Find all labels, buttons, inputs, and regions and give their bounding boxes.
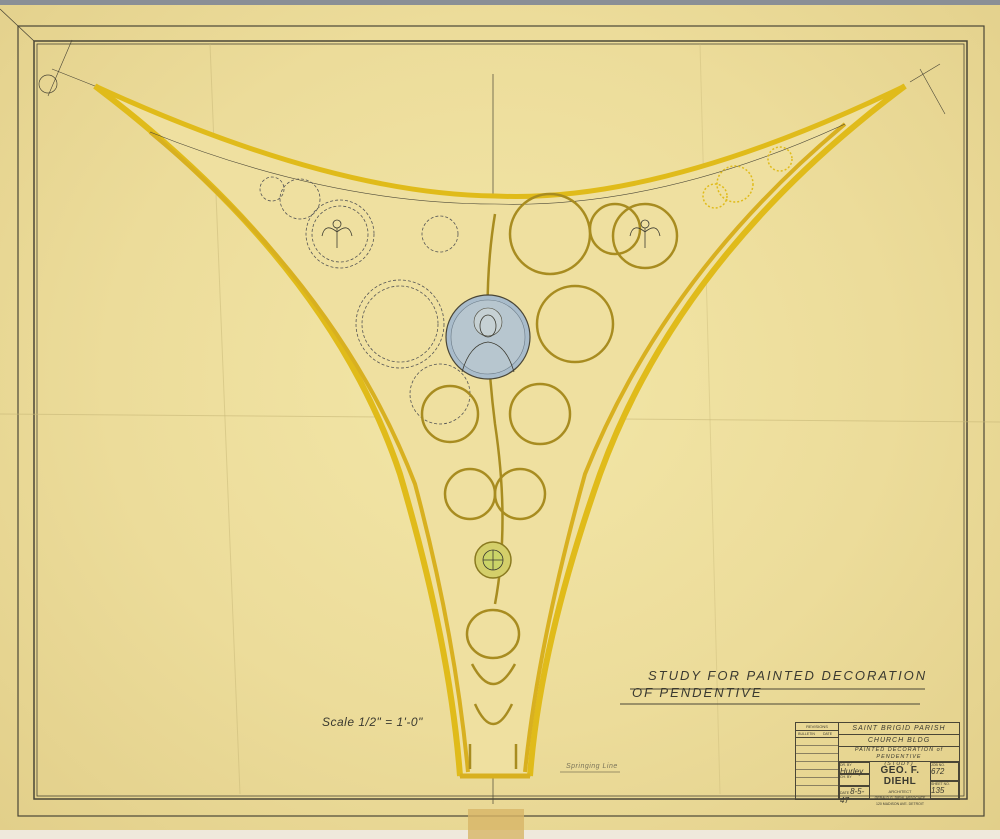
project-line3: PAINTED DECORATION of PENDENTIVE (STUDY) [839, 747, 959, 762]
project-line3-text: PAINTED DECORATION of PENDENTIVE [839, 747, 959, 761]
architect-associate: GERALD G. DIEHL ASSOCIATE [870, 796, 930, 800]
drawn-by-cell: DR. BY Hurley [839, 762, 870, 774]
rosette-medallion [475, 542, 511, 578]
project-line2: CHURCH BLDG [839, 735, 959, 747]
job-no-cell: JOB NO. 672 [930, 762, 959, 781]
revisions-header: REVISIONS [796, 723, 838, 731]
sheet-no-cell: SHEET NO. 135 [930, 781, 959, 799]
revisions-table: REVISIONS BULLETIN DATE [796, 723, 839, 799]
date-label: DATE [840, 791, 849, 795]
masking-tape [468, 809, 524, 835]
springing-line-note: Springing Line [566, 763, 618, 770]
date-cell: DATE 8-5-47 [839, 786, 870, 799]
drawing-sheet: STUDY FOR PAINTED DECORATION OF PENDENTI… [0, 4, 1000, 830]
top-edge [0, 0, 1000, 5]
job-no-value: 672 [931, 767, 958, 776]
checked-by-label: CH. BY [840, 775, 852, 779]
revisions-col-date: DATE [817, 731, 838, 737]
christ-medallion [446, 295, 530, 379]
architect-block: GEO. F. DIEHL ARCHITECT GERALD G. DIEHL … [870, 762, 930, 799]
drawing-title-line1: STUDY FOR PAINTED DECORATION [648, 668, 927, 683]
title-block: REVISIONS BULLETIN DATE SAINT BRIGID PAR… [795, 722, 960, 800]
drawing-title-line2: OF PENDENTIVE [632, 685, 763, 700]
pendentive-drawing [0, 4, 1000, 834]
architect-title: ARCHITECT [870, 789, 930, 794]
sheet-no-value: 135 [931, 786, 958, 795]
revisions-col-bulletin: BULLETIN [796, 731, 817, 737]
architect-address: 120 MADISON AVE. DETROIT [870, 802, 930, 806]
scale-note: Scale 1/2" = 1'-0" [322, 715, 423, 729]
checked-by-cell: CH. BY [839, 774, 870, 786]
project-line1: SAINT BRIGID PARISH [839, 723, 959, 735]
architect-name: GEO. F. DIEHL [870, 765, 930, 787]
